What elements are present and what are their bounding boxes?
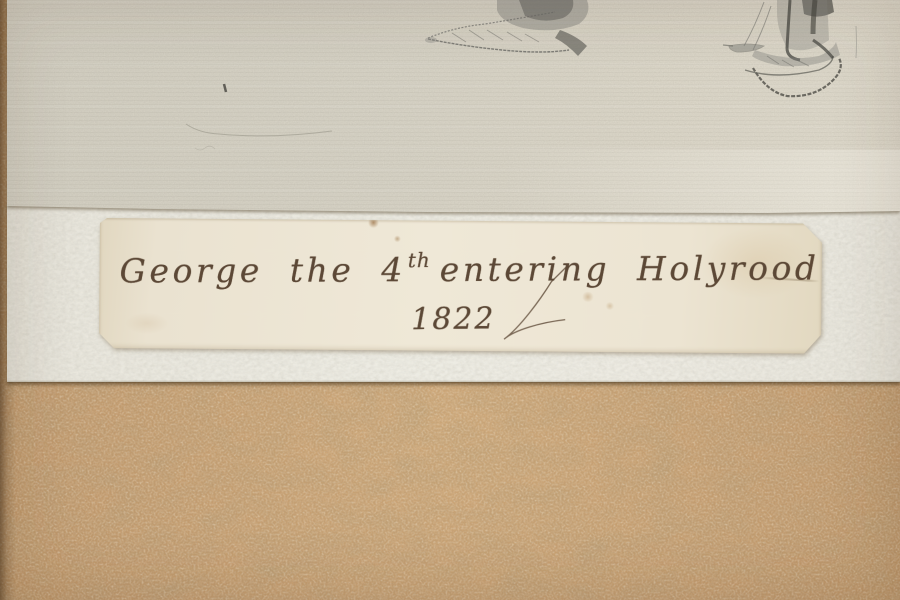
foxing-spot xyxy=(605,302,614,310)
inscription-text: George the 4 xyxy=(120,250,406,290)
inscription-line-1: George the 4thentering Holyrood xyxy=(120,248,820,287)
foxing-spot xyxy=(394,235,401,242)
label-stain xyxy=(125,312,169,334)
foxing-spot xyxy=(581,292,594,302)
sketch-sheet xyxy=(7,0,900,213)
inscription-label: George the 4thentering Holyrood 1822 xyxy=(99,218,822,354)
inscription-label-wrapper: George the 4thentering Holyrood 1822 xyxy=(99,218,822,354)
sheet-light-band xyxy=(7,150,900,213)
inscription-text: entering Holyrood xyxy=(440,248,820,289)
photographed-artwork: George the 4thentering Holyrood 1822 xyxy=(0,0,900,600)
inscription-year: 1822 xyxy=(411,304,496,335)
inscription-superscript: th xyxy=(408,248,431,272)
